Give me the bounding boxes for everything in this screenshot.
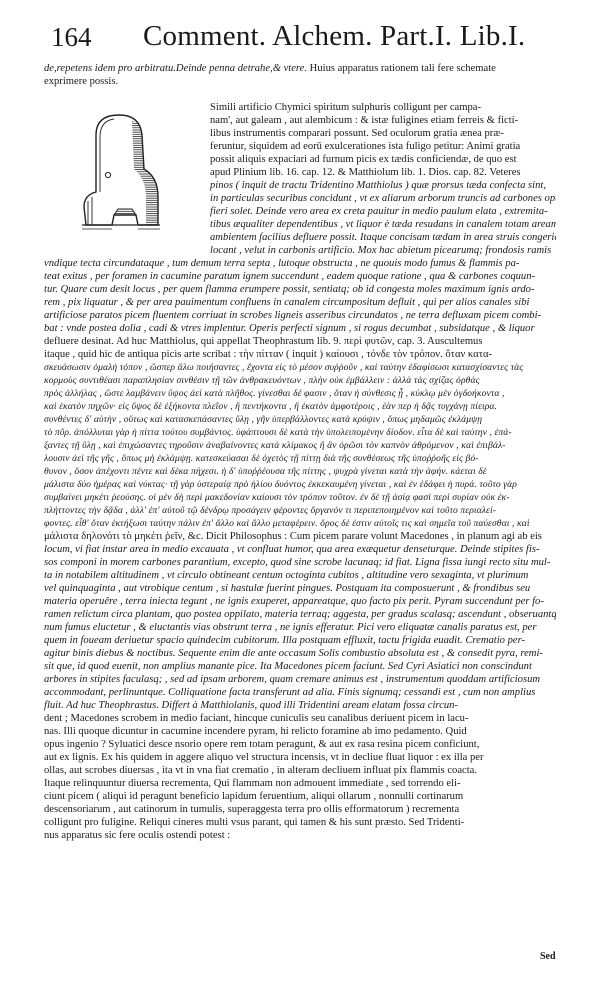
greek-text-line: συμβαίνει μηκέτι ῥεούσης. οἱ μὲν δὴ περὶ…	[44, 491, 556, 504]
text-line: ramen relictum circa plantam, quo postea…	[44, 608, 556, 621]
running-title: Comment. Alchem. Part.I. Lib.I.	[143, 20, 525, 53]
text-line: vndique tecta circundataque , tum demum …	[44, 257, 556, 270]
text-line: Itaque relinquuntur diuersa recrementa, …	[44, 777, 556, 790]
text-line: arbores in stipites faculasq; , sed ad i…	[44, 673, 556, 686]
text-line: ta in notabilem altitudinem , vt circulo…	[44, 569, 556, 582]
page-number: 164	[51, 22, 92, 53]
text-line: dent ; Macedones scrobem in medio facian…	[44, 712, 556, 725]
text-line: apud Plinium lib. 16. cap. 12. & Matthio…	[210, 166, 556, 179]
text-line: rem , pix liquatur , & per area pauiment…	[44, 296, 556, 309]
text-line: agitur binis diebus & noctibus. Sequente…	[44, 647, 556, 660]
greek-text-line: πρὸς ἀλλήλας , ὥστε λαμβάνειν ὕψος ἀεὶ κ…	[44, 387, 556, 400]
text-line: μάλιστα δηλονότι τὸ μηκέτι ῥεῖν, &c. Dic…	[44, 530, 556, 543]
text-line: quem in foueam deriuetur spacio quindeci…	[44, 634, 556, 647]
text-line: Simili artificio Chymici spiritum sulphu…	[210, 101, 556, 114]
text-line: materia operuêre , terra iniecta tegunt …	[44, 595, 556, 608]
text-line: nus apparatus sic fere oculis ostendi po…	[44, 829, 556, 842]
greek-text-line: φοντες. εἶθ' ὅταν ἐκτήξωσι ταύτην πάλιν …	[44, 517, 556, 530]
greek-text-line: ξαντες τῇ ὕλῃ , καὶ ἐπιχώσαντες τηροῦσιν…	[44, 439, 556, 452]
text-line: ollas, aut scrobes diuersas , ita vt in …	[44, 764, 556, 777]
text-line: ambientem facilius defluere possit. Itaq…	[210, 231, 556, 244]
text-line: fluit. Ad huc Theophrastus. Differt à Ma…	[44, 699, 556, 712]
book-page: 164 Comment. Alchem. Part.I. Lib.I. de,r…	[0, 0, 598, 1000]
text-line: tur. Quare cum desit locus , per quem fl…	[44, 283, 556, 296]
text-line: tibus æqualiter dependentibus , vt liquo…	[210, 218, 556, 231]
alembic-bell-vessel-illustration	[74, 107, 164, 242]
text-line: aut ex lignis. Ex his quidem in aggere a…	[44, 751, 556, 764]
page-header: 164 Comment. Alchem. Part.I. Lib.I.	[51, 22, 571, 54]
greek-text-line: πλήττοντες τὴν δᾷδα , ἀλλ' ἐπ' αὐτοῦ τῷ …	[44, 504, 556, 517]
catchword: Sed	[540, 951, 556, 962]
greek-text-line: συνθέντες δ' αὐτὴν , οὕτως καὶ κατασκεπά…	[44, 413, 556, 426]
text-line: itaque , quid hic de antiqua picis arte …	[44, 348, 556, 361]
greek-text-line: μάλιστα δύο ἡμέρας καὶ νύκτας· τῇ γὰρ ὑσ…	[44, 478, 556, 491]
text-line: defluere desinat. Ad huc Matthiolus, qui…	[44, 335, 556, 348]
greek-text-line: σκευάσωσιν ὁμαλὴ τόπον , ὥσπερ ἅλω ποιήσ…	[44, 361, 556, 374]
text-line: artificiose paratos picem fluentem corri…	[44, 309, 556, 322]
text-line: exprimere possis.	[44, 75, 556, 88]
greek-text-line: θυνον , ὅσον ἀπέχοντι πέντε καὶ δέκα πήχ…	[44, 465, 556, 478]
greek-text-line: λουσιν ἀεὶ τῆς γῆς , ὅπως μὴ ἐκλάμψῃ. κα…	[44, 452, 556, 465]
text-line: nam', aut galeam , aut alembicum : & ist…	[210, 114, 556, 127]
greek-text-line: κορμοὺς συντιθέασι παραπλησίαν σινθέσιν …	[44, 374, 556, 387]
text-line: vel quinquaginta , aut vtrobique centum …	[44, 582, 556, 595]
text-line: sit que, id quod euenit, non amplius man…	[44, 660, 556, 673]
text-line: nas. Illi quoque dicuntur in cacumine in…	[44, 725, 556, 738]
text-line: num fumus eluctetur , & eluctantis vias …	[44, 621, 556, 634]
greek-text-line: τὸ πῦρ. ἀπόλλυται γὰρ ἡ πίττα τούτου συμ…	[44, 426, 556, 439]
text-line: fieri solet. Deinde vero area ex creta p…	[210, 205, 556, 218]
text-line: colligunt pro fuligine. Reliqui cineres …	[44, 816, 556, 829]
text-line: opus ingenio ? Syluatici desce nsorio op…	[44, 738, 556, 751]
text-line: descensoriarum , aut catinorum in tumuli…	[44, 803, 556, 816]
text-line: pinos ( inquit de tractu Tridentino Matt…	[210, 179, 556, 192]
text-line: bat : vnde postea dolia , cadi & vtres i…	[44, 322, 556, 335]
alembic-icon	[74, 107, 164, 242]
text-line: de,repetens idem pro arbitratu.Deinde pe…	[44, 62, 556, 75]
text-line: in particulas securibus concidunt , vt e…	[210, 192, 556, 205]
text-line: teat exitus , per foramen in cacumine pa…	[44, 270, 556, 283]
text-line: locant , velut in carbonis artificio. Mo…	[210, 244, 556, 257]
text-line: locum, vi fiat instar area in medio exca…	[44, 543, 556, 556]
text-line: feruntur, siquidem ad eorū exulceratione…	[210, 140, 556, 153]
greek-text-line: καὶ ἑκατὸν πηχῶν· εἰς ὕψος δὲ ἑξήκοντα π…	[44, 400, 556, 413]
text-line: ciunt picem ( aliqui id peragunt benefic…	[44, 790, 556, 803]
text-line: accommodant, perlinuntque. Colliquatione…	[44, 686, 556, 699]
text-line: possit aliquis expaciari ad furnum picis…	[210, 153, 556, 166]
text-line: libus instrumentis comparari possunt. Se…	[210, 127, 556, 140]
text-line: sos componi in morem carbones parantium,…	[44, 556, 556, 569]
